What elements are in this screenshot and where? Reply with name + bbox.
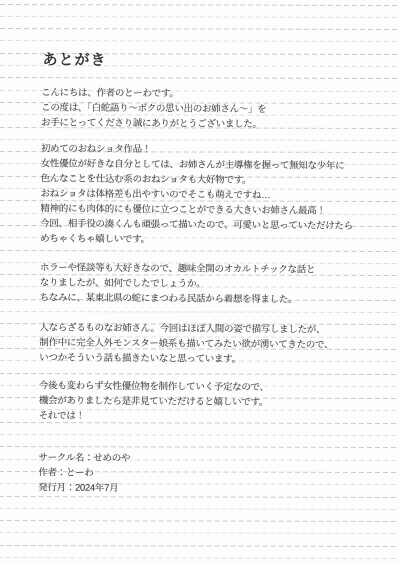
text-line: ちなみに、某東北県の蛇にまつわる民話から着想を得ました。 [40, 290, 315, 307]
page-title: あとがき [42, 48, 106, 70]
text-line: めちゃくちゃ嬉しいです。 [40, 231, 353, 248]
text-line: それでは！ [39, 408, 269, 425]
text-line: お手にとってくださり誠にありがとうございました。 [41, 115, 266, 132]
colophon-author: 作者：とーわ [38, 465, 130, 481]
colophon-circle-name: サークル名：せめのや [38, 450, 130, 466]
paragraph-monster: 人ならざるものなお姉さん。今回はほぼ人間の姿で描写しましたが、 制作中に完全人外… [39, 320, 333, 367]
colophon-publish-date: 発行月：2024年7月 [38, 480, 130, 496]
paragraph-occult: ホラーや怪談等も大好きなので、趣味全開のオカルトチックな話と なりましたが、如何… [40, 260, 316, 307]
text-line: この度は、「白蛇語り～ボクの思い出のお姉さん～」を [41, 100, 266, 117]
paragraph-greeting: こんにちは、作者のとーわです。 この度は、「白蛇語り～ボクの思い出のお姉さん～」… [41, 85, 267, 132]
paragraph-closing: 今後も変わらず女性優位物を制作していく予定なので、 機会がありましたら是非見てい… [39, 378, 269, 425]
text-line: こんにちは、作者のとーわです。 [41, 85, 266, 102]
page-content: あとがき こんにちは、作者のとーわです。 この度は、「白蛇語り～ボクの思い出のお… [0, 0, 400, 565]
afterword-page: あとがき こんにちは、作者のとーわです。 この度は、「白蛇語り～ボクの思い出のお… [0, 0, 400, 565]
colophon: サークル名：せめのや 作者：とーわ 発行月：2024年7月 [38, 450, 130, 496]
paragraph-oneshota: 初めてのおねショタ作品！ 女性優位が好きな自分としては、お姉さんが主導権を握って… [40, 141, 353, 248]
text-line: いつかそういう話も描きたいなと思っています。 [39, 350, 333, 367]
